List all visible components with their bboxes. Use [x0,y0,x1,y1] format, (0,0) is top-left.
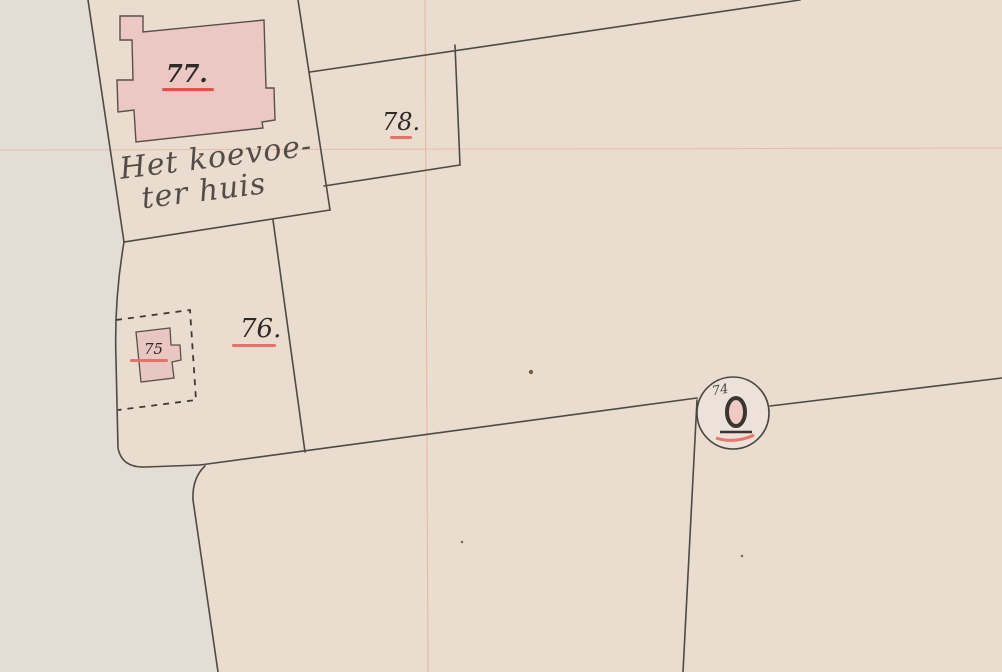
red-underline [130,359,168,362]
well-74[interactable] [697,377,769,449]
pencil-grid-vertical [425,0,428,672]
parcel-number: 75 [144,342,168,357]
parcel-label-74[interactable]: 74 [711,383,730,399]
map-speck [461,541,464,544]
boundary-line [683,400,697,672]
red-underline [232,344,276,347]
parcel-number: 74 [711,383,730,399]
boundary-line [200,398,697,465]
red-underline [162,88,214,91]
parcel-label-77[interactable]: 77. [166,62,214,91]
map-viewport[interactable]: 77. 78. 76. 75 74 Het koevoe- ter huis [0,0,1002,672]
boundary-line [124,210,330,242]
map-speck [529,370,533,374]
boundary-line [310,0,800,72]
parcel-number: 76. [240,316,281,342]
map-speck [741,555,744,558]
boundary-line [324,165,460,186]
well-icon [727,398,745,426]
boundary-line [455,45,460,165]
parcel-label-78[interactable]: 78. [382,110,420,139]
parcel-number: 78. [382,110,420,134]
parcel-number: 77. [166,62,214,86]
map-canvas [0,0,1002,672]
boundary-line [770,378,1002,406]
parcel-label-76[interactable]: 76. [240,316,281,347]
parcel-label-75[interactable]: 75 [144,342,168,362]
red-underline [390,136,412,139]
